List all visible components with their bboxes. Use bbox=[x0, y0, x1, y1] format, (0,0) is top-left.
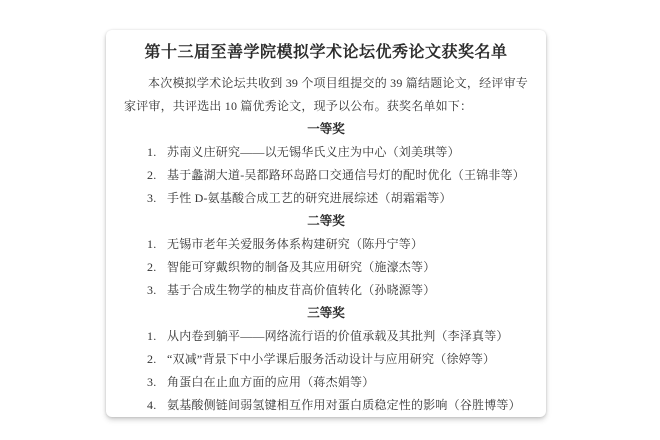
list-item: 3. 角蛋白在止血方面的应用（蒋杰娟等） bbox=[124, 371, 528, 394]
list-item: 2. “双减”背景下中小学课后服务活动设计与应用研究（徐婷等） bbox=[124, 348, 528, 371]
item-text: 氨基酸侧链间弱氢键相互作用对蛋白质稳定性的影响（谷胜博等） bbox=[167, 394, 521, 417]
item-text: 角蛋白在止血方面的应用（蒋杰娟等） bbox=[167, 371, 374, 394]
section-heading-third-prize: 三等奖 bbox=[124, 302, 528, 325]
item-number: 2. bbox=[147, 256, 167, 279]
section-first-prize: 一等奖 1. 苏南义庄研究——以无锡华氏义庄为中心（刘美琪等） 2. 基于蠡湖大… bbox=[124, 118, 528, 210]
item-text: 智能可穿戴织物的制备及其应用研究（施濠杰等） bbox=[167, 256, 435, 279]
section-heading-second-prize: 二等奖 bbox=[124, 210, 528, 233]
item-number: 3. bbox=[147, 371, 167, 394]
item-number: 3. bbox=[147, 279, 167, 302]
item-text: 苏南义庄研究——以无锡华氏义庄为中心（刘美琪等） bbox=[167, 141, 460, 164]
list-item: 3. 基于合成生物学的柚皮苷高价值转化（孙晓源等） bbox=[124, 279, 528, 302]
section-heading-first-prize: 一等奖 bbox=[124, 118, 528, 141]
item-text: 基于蠡湖大道-吴都路环岛路口交通信号灯的配时优化（王锦非等） bbox=[167, 164, 525, 187]
award-document-card: 第十三届至善学院模拟学术论坛优秀论文获奖名单 本次模拟学术论坛共收到 39 个项… bbox=[106, 30, 546, 417]
list-item: 4. 氨基酸侧链间弱氢键相互作用对蛋白质稳定性的影响（谷胜博等） bbox=[124, 394, 528, 417]
section-second-prize: 二等奖 1. 无锡市老年关爱服务体系构建研究（陈丹宁等） 2. 智能可穿戴织物的… bbox=[124, 210, 528, 302]
list-item: 2. 基于蠡湖大道-吴都路环岛路口交通信号灯的配时优化（王锦非等） bbox=[124, 164, 528, 187]
section-third-prize: 三等奖 1. 从内卷到躺平——网络流行语的价值承载及其批判（李泽真等） 2. “… bbox=[124, 302, 528, 417]
item-number: 1. bbox=[147, 233, 167, 256]
item-number: 4. bbox=[147, 394, 167, 417]
document-title: 第十三届至善学院模拟学术论坛优秀论文获奖名单 bbox=[124, 41, 528, 65]
item-number: 1. bbox=[147, 325, 167, 348]
item-text: 手性 D-氨基酸合成工艺的研究进展综述（胡霜霜等） bbox=[167, 187, 452, 210]
item-text: 基于合成生物学的柚皮苷高价值转化（孙晓源等） bbox=[167, 279, 435, 302]
intro-paragraph: 本次模拟学术论坛共收到 39 个项目组提交的 39 篇结题论文，经评审专家评审，… bbox=[124, 72, 528, 118]
list-item: 3. 手性 D-氨基酸合成工艺的研究进展综述（胡霜霜等） bbox=[124, 187, 528, 210]
page-background: 第十三届至善学院模拟学术论坛优秀论文获奖名单 本次模拟学术论坛共收到 39 个项… bbox=[0, 0, 660, 440]
list-item: 2. 智能可穿戴织物的制备及其应用研究（施濠杰等） bbox=[124, 256, 528, 279]
list-item: 1. 无锡市老年关爱服务体系构建研究（陈丹宁等） bbox=[124, 233, 528, 256]
item-text: 无锡市老年关爱服务体系构建研究（陈丹宁等） bbox=[167, 233, 423, 256]
item-text: “双减”背景下中小学课后服务活动设计与应用研究（徐婷等） bbox=[167, 348, 495, 371]
item-number: 1. bbox=[147, 141, 167, 164]
item-number: 3. bbox=[147, 187, 167, 210]
list-item: 1. 苏南义庄研究——以无锡华氏义庄为中心（刘美琪等） bbox=[124, 141, 528, 164]
item-text: 从内卷到躺平——网络流行语的价值承载及其批判（李泽真等） bbox=[167, 325, 509, 348]
item-number: 2. bbox=[147, 348, 167, 371]
item-number: 2. bbox=[147, 164, 167, 187]
list-item: 1. 从内卷到躺平——网络流行语的价值承载及其批判（李泽真等） bbox=[124, 325, 528, 348]
